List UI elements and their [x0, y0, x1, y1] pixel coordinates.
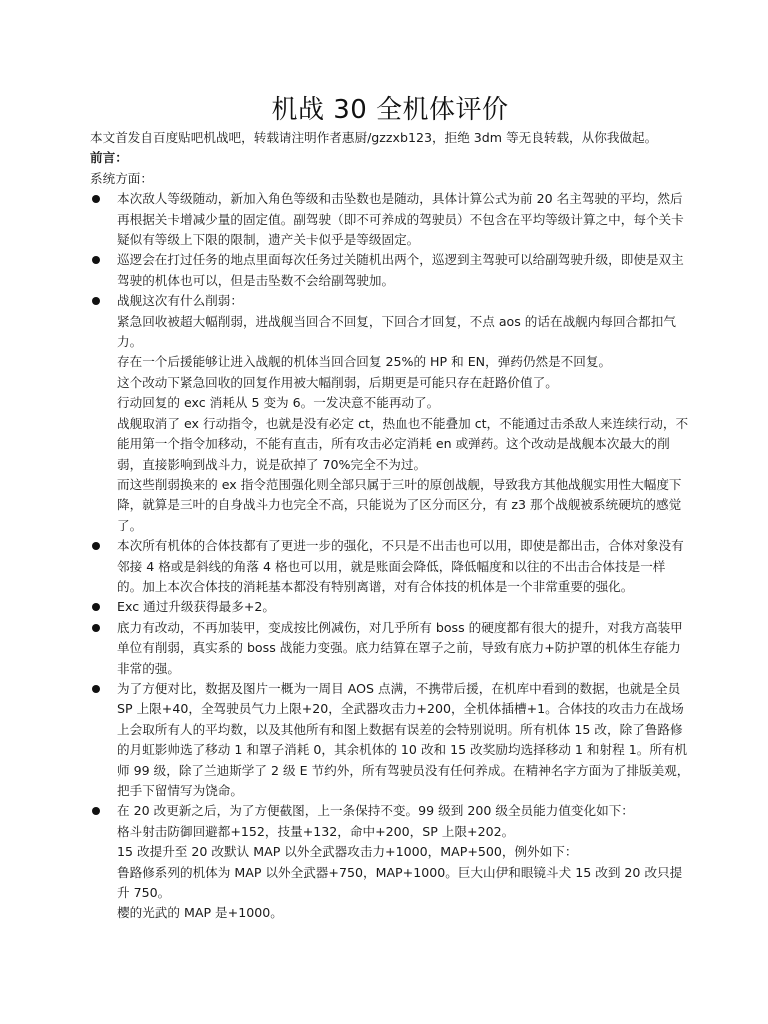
bullet-dot-icon — [92, 603, 100, 611]
bullet-dot-icon — [92, 542, 100, 550]
bullet-paragraph: 存在一个后援能够让进入战舰的机体当回合回复 25%的 HP 和 EN，弹药仍然是… — [117, 352, 690, 372]
bullet-paragraph: 樱的光武的 MAP 是+1000。 — [117, 903, 690, 923]
bullet-paragraph: 行动回复的 exc 消耗从 5 变为 6。一发决意不能再动了。 — [117, 393, 690, 413]
bullet-item: 战舰这次有什么削弱： 紧急回收被超大幅削弱，进战舰当回合不回复，下回合才回复，不… — [90, 291, 690, 536]
bullet-paragraph: 而这些削弱换来的 ex 指令范围强化则全部只属于三叶的原创战舰，导致我方其他战舰… — [117, 475, 690, 536]
bullet-paragraph: 在 20 改更新之后，为了方便截图，上一条保持不变。99 级到 200 级全员能… — [117, 801, 690, 821]
bullet-dot-icon — [92, 624, 100, 632]
bullet-paragraph: 鲁路修系列的机体为 MAP 以外全武器+750，MAP+1000。巨大山伊和眼镜… — [117, 863, 690, 904]
bullet-paragraph: 底力有改动，不再加装甲，变成按比例减伤，对几乎所有 boss 的硬度都有很大的提… — [117, 618, 690, 679]
bullet-item: 为了方便对比，数据及图片一概为一周目 AOS 点满，不携带后援，在机库中看到的数… — [90, 679, 690, 801]
bullet-paragraph: 本次敌人等级随动，新加入角色等级和击坠数也是随动，具体计算公式为前 20 名主驾… — [117, 189, 690, 250]
bullet-paragraph: 紧急回收被超大幅削弱，进战舰当回合不回复，下回合才回复，不点 aos 的话在战舰… — [117, 312, 690, 353]
system-heading: 系统方面： — [90, 169, 690, 189]
bullet-dot-icon — [92, 685, 100, 693]
bullet-item: 巡逻会在打过任务的地点里面每次任务过关随机出两个，巡逻到主驾驶可以给副驾驶升级，… — [90, 250, 690, 291]
document-title: 机战 30 全机体评价 — [90, 92, 690, 128]
bullet-paragraph: Exc 通过升级获得最多+2。 — [117, 597, 690, 617]
intro-paragraph: 本文首发自百度贴吧机战吧，转载请注明作者惠厨/gzzxb123，拒绝 3dm 等… — [90, 128, 690, 148]
bullet-item: 底力有改动，不再加装甲，变成按比例减伤，对几乎所有 boss 的硬度都有很大的提… — [90, 618, 690, 679]
bullet-dot-icon — [92, 256, 100, 264]
document-page: 机战 30 全机体评价 本文首发自百度贴吧机战吧，转载请注明作者惠厨/gzzxb… — [90, 92, 690, 924]
bullet-item: 本次所有机体的合体技都有了更进一步的强化，不只是不出击也可以用，即使是都出击，合… — [90, 536, 690, 597]
bullet-item: 在 20 改更新之后，为了方便截图，上一条保持不变。99 级到 200 级全员能… — [90, 801, 690, 923]
bullet-paragraph: 战舰取消了 ex 行动指令，也就是没有必定 ct，热血也不能叠加 ct，不能通过… — [117, 414, 690, 475]
preface-heading: 前言： — [90, 148, 690, 168]
bullet-paragraph: 这个改动下紧急回收的回复作用被大幅削弱，后期更是可能只存在赶路价值了。 — [117, 373, 690, 393]
bullet-paragraph: 格斗射击防御回避都+152，技量+132，命中+200，SP 上限+202。 — [117, 822, 690, 842]
bullet-paragraph: 15 改提升至 20 改默认 MAP 以外全武器攻击力+1000，MAP+500… — [117, 842, 690, 862]
bullet-paragraph: 本次所有机体的合体技都有了更进一步的强化，不只是不出击也可以用，即使是都出击，合… — [117, 536, 690, 597]
bullet-dot-icon — [92, 195, 100, 203]
bullet-dot-icon — [92, 297, 100, 305]
bullet-list: 本次敌人等级随动，新加入角色等级和击坠数也是随动，具体计算公式为前 20 名主驾… — [90, 189, 690, 924]
bullet-paragraph: 为了方便对比，数据及图片一概为一周目 AOS 点满，不携带后援，在机库中看到的数… — [117, 679, 690, 801]
bullet-item: 本次敌人等级随动，新加入角色等级和击坠数也是随动，具体计算公式为前 20 名主驾… — [90, 189, 690, 250]
bullet-paragraph: 战舰这次有什么削弱： — [117, 291, 690, 311]
bullet-paragraph: 巡逻会在打过任务的地点里面每次任务过关随机出两个，巡逻到主驾驶可以给副驾驶升级，… — [117, 250, 690, 291]
bullet-dot-icon — [92, 807, 100, 815]
bullet-item: Exc 通过升级获得最多+2。 — [90, 597, 690, 617]
